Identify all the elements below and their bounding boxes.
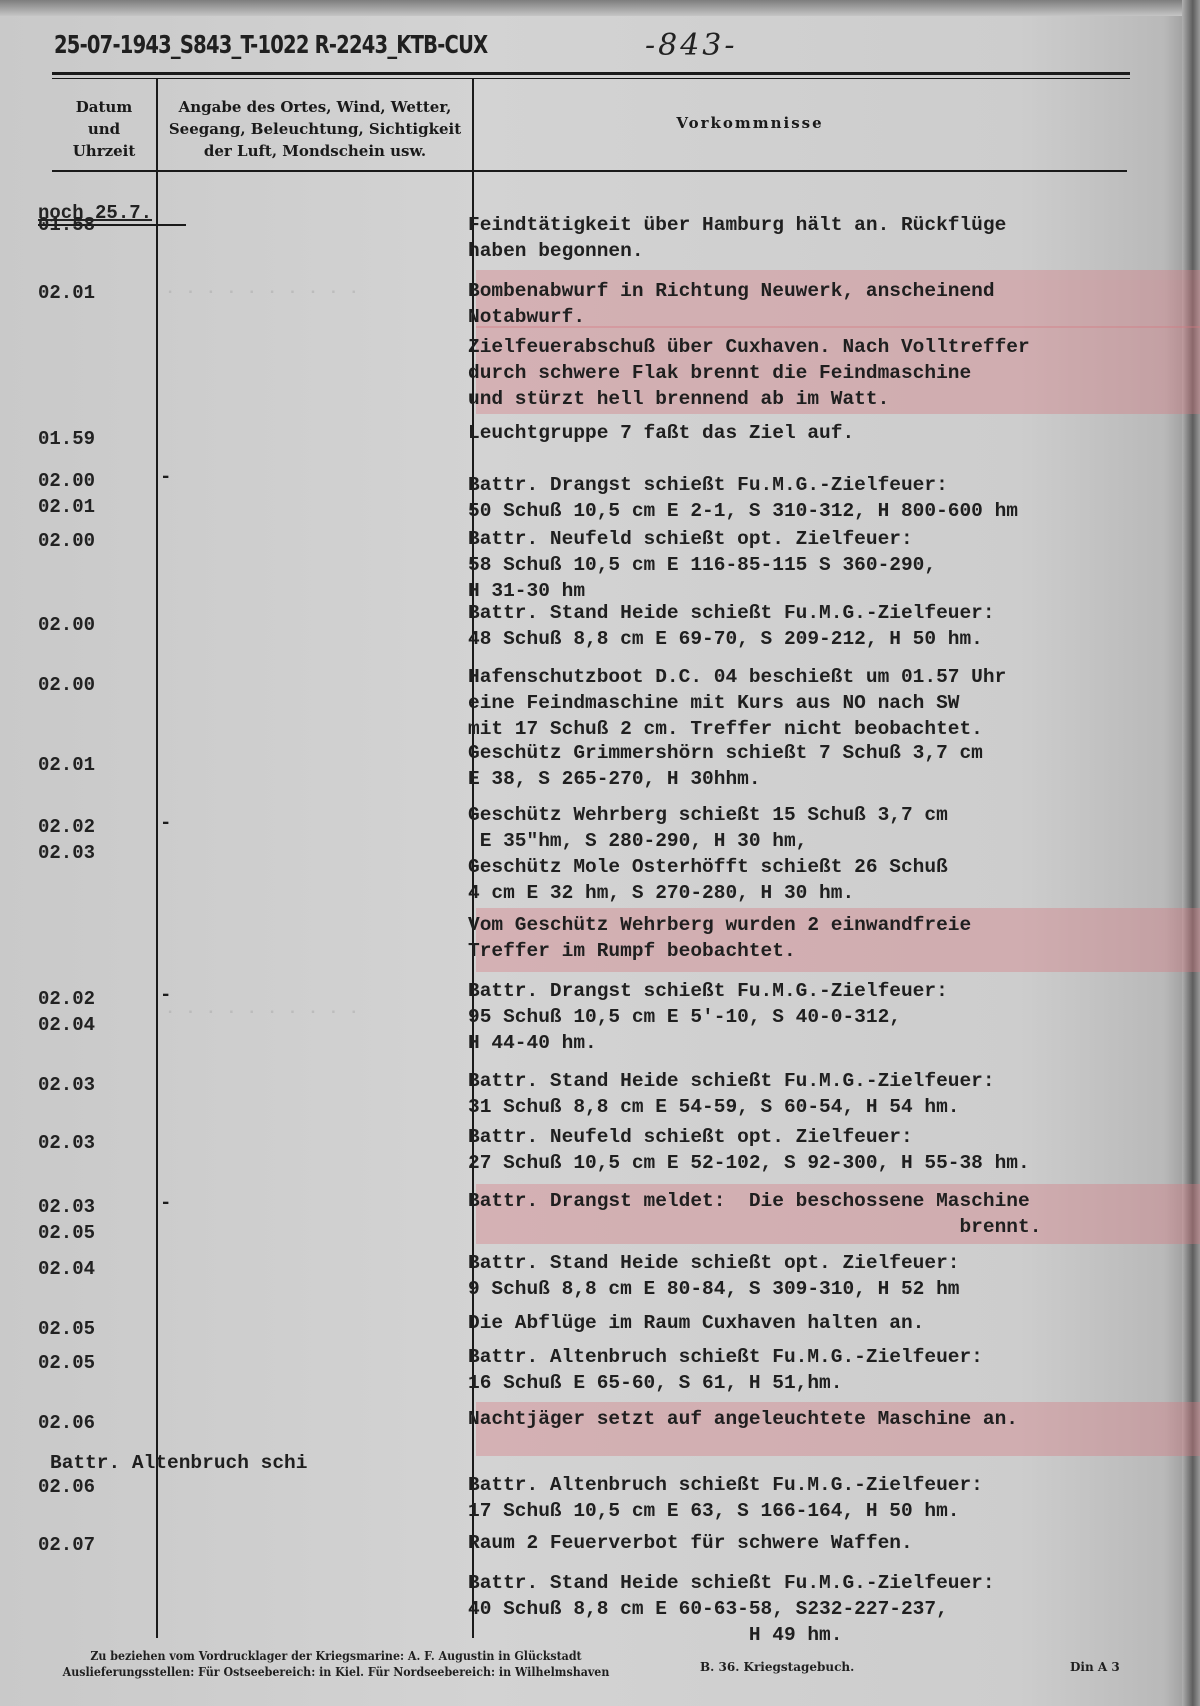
section-date: noch 25.7. [38,200,152,226]
entry-line: Nachtjäger setzt auf angeleuchtete Masch… [468,1406,1018,1432]
entry-time: 02.06 [38,1410,95,1436]
entry-time-value: 02.05 [38,1316,95,1342]
entry-line: 4 cm E 32 hm, S 270-280, H 30 hm. [468,880,948,906]
footer-printer-info: Zu beziehen vom Vordrucklager der Kriegs… [60,1648,612,1680]
entry-line: H 49 hm. [468,1622,995,1648]
entry-text: Hafenschutzboot D.C. 04 beschießt um 01.… [468,664,1006,742]
entry-text: Battr. Stand Heide schießt Fu.M.G.-Zielf… [468,1068,995,1120]
entry-time-value: 02.03 [38,1194,95,1220]
entry-text: Battr. Stand Heide schießt opt. Zielfeue… [468,1250,959,1302]
header-top-rule [52,72,1130,75]
header-location-line: Angabe des Ortes, Wind, Wetter, [160,96,470,118]
header-datetime-line: Datum [54,96,154,118]
entry-line: Battr. Altenbruch schießt Fu.M.G.-Zielfe… [468,1344,983,1370]
entry-time: 02.0202.03 [38,814,95,866]
entry-text: Nachtjäger setzt auf angeleuchtete Masch… [468,1406,1018,1432]
entry-time-value: 02.05 [38,1350,95,1376]
entry-time: 02.0202.04 [38,986,95,1038]
entry-line: E 35"hm, S 280-290, H 30 hm, [468,828,948,854]
entry-time: 02.0002.01 [38,468,95,520]
footer-form-id: B. 36. Kriegstagebuch. [700,1660,854,1674]
entry-line: Treffer im Rumpf beobachtet. [468,938,971,964]
entry-time: 02.05 [38,1316,95,1342]
entry-line: Hafenschutzboot D.C. 04 beschießt um 01.… [468,664,1006,690]
entry-time: 02.0302.05 [38,1194,95,1246]
entry-line: Raum 2 Feuerverbot für schwere Waffen. [468,1530,913,1556]
entry-time-value: 02.03 [38,1130,95,1156]
entry-text: Feindtätigkeit über Hamburg hält an. Rüc… [468,212,1006,264]
file-label: 25-07-1943_S843_T-1022 R-2243_KTB-CUX [54,30,487,59]
entry-time: 02.00 [38,672,95,698]
entry-time-value: 02.04 [38,1012,95,1038]
entry-time-value: 02.06 [38,1410,95,1436]
entry-text: Battr. Neufeld schießt opt. Zielfeuer:58… [468,526,936,604]
header-top-rule-thin [52,78,1130,79]
entry-line: mit 17 Schuß 2 cm. Treffer nicht beobach… [468,716,1006,742]
entry-line: Battr. Stand Heide schießt opt. Zielfeue… [468,1250,959,1276]
header-location-line: der Luft, Mondschein usw. [160,140,470,162]
entry-time-value: 02.00 [38,672,95,698]
entry-line: Feindtätigkeit über Hamburg hält an. Rüc… [468,212,1006,238]
entry-time: 01.59 [38,426,95,452]
entry-text: Geschütz Grimmershörn schießt 7 Schuß 3,… [468,740,983,792]
entry-line: E 38, S 265-270, H 30hhm. [468,766,983,792]
entry-text: Die Abflüge im Raum Cuxhaven halten an. [468,1310,924,1336]
entry-line: und stürzt hell brennend ab im Watt. [468,386,1030,412]
entry-time-value: 02.05 [38,1220,95,1246]
entry-text: Battr. Drangst meldet: Die beschossene M… [468,1188,1041,1240]
entry-line: 17 Schuß 10,5 cm E 63, S 166-164, H 50 h… [468,1498,983,1524]
entry-time-value: 02.01 [38,494,95,520]
entry-line: Battr. Neufeld schießt opt. Zielfeuer: [468,1124,1030,1150]
entry-line: 48 Schuß 8,8 cm E 69-70, S 209-212, H 50… [468,626,995,652]
entry-text: Raum 2 Feuerverbot für schwere Waffen. [468,1530,913,1556]
entry-line: 31 Schuß 8,8 cm E 54-59, S 60-54, H 54 h… [468,1094,995,1120]
entry-line: Battr. Drangst meldet: Die beschossene M… [468,1188,1041,1214]
entry-text: Battr. Altenbruch schießt Fu.M.G.-Zielfe… [468,1472,983,1524]
entry-line: 50 Schuß 10,5 cm E 2-1, S 310-312, H 800… [468,498,1018,524]
entry-text: Zielfeuerabschuß über Cuxhaven. Nach Vol… [468,334,1030,412]
scan-shadow [0,0,1200,16]
entry-line: 95 Schuß 10,5 cm E 5'-10, S 40-0-312, [468,1004,948,1030]
bleed-through-text: . . . . . . . . . . [165,1000,359,1019]
entry-text: Leuchtgruppe 7 faßt das Ziel auf. [468,420,854,446]
entry-time-value: 02.03 [38,840,95,866]
entry-time: 02.07 [38,1532,95,1558]
entry-line: Bombenabwurf in Richtung Neuwerk, ansche… [468,278,995,304]
entry-line: 27 Schuß 10,5 cm E 52-102, S 92-300, H 5… [468,1150,1030,1176]
entry-time: 02.01 [38,280,95,306]
entry-line: 16 Schuß E 65-60, S 61, H 51,hm. [468,1370,983,1396]
location-dash: - [160,466,171,488]
footer-line: Zu beziehen vom Vordrucklager der Kriegs… [60,1648,612,1664]
header-location-line: Seegang, Beleuchtung, Sichtigkeit [160,118,470,140]
entry-time-value: 02.00 [38,528,95,554]
entry-line: Battr. Stand Heide schießt Fu.M.G.-Zielf… [468,1068,995,1094]
location-dash: - [160,1192,171,1214]
entry-line: Battr. Stand Heide schießt Fu.M.G.-Zielf… [468,600,995,626]
entry-time-value: 02.07 [38,1532,95,1558]
entry-line: Geschütz Mole Osterhöfft schießt 26 Schu… [468,854,948,880]
entry-line: Battr. Altenbruch schießt Fu.M.G.-Zielfe… [468,1472,983,1498]
header-datetime-line: Uhrzeit [54,140,154,162]
entry-time: 02.01 [38,752,95,778]
entry-text: Battr. Stand Heide schießt Fu.M.G.-Zielf… [468,600,995,652]
entry-time-value: 02.06 [38,1474,95,1500]
entry-time: 02.06 [38,1474,95,1500]
entry-line: Battr. Drangst schießt Fu.M.G.-Zielfeuer… [468,978,948,1004]
entry-line: haben begonnen. [468,238,1006,264]
entry-time-value: 02.01 [38,752,95,778]
entry-line: eine Feindmaschine mit Kurs aus NO nach … [468,690,1006,716]
header-datetime: Datum und Uhrzeit [54,96,154,162]
entry-line: Battr. Stand Heide schießt Fu.M.G.-Zielf… [468,1570,995,1596]
entry-time-value: 02.01 [38,280,95,306]
entry-line: durch schwere Flak brennt die Feindmasch… [468,360,1030,386]
entry-line: 58 Schuß 10,5 cm E 116-85-115 S 360-290, [468,552,936,578]
stray-typed-line: Battr. Altenbruch schi [50,1452,307,1474]
footer-paper-size: Din A 3 [1070,1660,1120,1674]
entry-text: Battr. Neufeld schießt opt. Zielfeuer:27… [468,1124,1030,1176]
kriegstagebuch-page: 25-07-1943_S843_T-1022 R-2243_KTB-CUX -8… [0,0,1200,1706]
entry-text: Vom Geschütz Wehrberg wurden 2 einwandfr… [468,912,971,964]
bleed-through-text: . . . . . . . . . . [165,280,359,299]
entry-text: Battr. Altenbruch schießt Fu.M.G.-Zielfe… [468,1344,983,1396]
entry-time-value: 01.59 [38,426,95,452]
entry-time-value: 02.00 [38,612,95,638]
location-dash: - [160,812,171,834]
entry-time: 02.00 [38,528,95,554]
location-dash: - [160,984,171,1006]
entry-line: 40 Schuß 8,8 cm E 60-63-58, S232-227-237… [468,1596,995,1622]
entry-time-value: 02.03 [38,1072,95,1098]
entry-line: 9 Schuß 8,8 cm E 80-84, S 309-310, H 52 … [468,1276,959,1302]
entry-time-value: 02.02 [38,986,95,1012]
entry-line: Die Abflüge im Raum Cuxhaven halten an. [468,1310,924,1336]
entry-text: Geschütz Wehrberg schießt 15 Schuß 3,7 c… [468,802,948,906]
entry-line: Zielfeuerabschuß über Cuxhaven. Nach Vol… [468,334,1030,360]
entry-time: 02.04 [38,1256,95,1282]
entry-time: 02.03 [38,1130,95,1156]
entry-line: Vom Geschütz Wehrberg wurden 2 einwandfr… [468,912,971,938]
handwritten-page-number: -843- [645,28,738,63]
entry-time: 02.03 [38,1072,95,1098]
entry-line: Battr. Neufeld schießt opt. Zielfeuer: [468,526,936,552]
entry-text: Battr. Drangst schießt Fu.M.G.-Zielfeuer… [468,978,948,1056]
entry-line: H 44-40 hm. [468,1030,948,1056]
entry-time-value: 02.00 [38,468,95,494]
header-bottom-rule [52,170,1127,172]
entry-time-value: 02.04 [38,1256,95,1282]
column-divider-1 [156,78,158,1638]
header-events: Vorkommnisse [600,112,900,134]
entry-time: 02.00 [38,612,95,638]
entry-line: Geschütz Grimmershörn schießt 7 Schuß 3,… [468,740,983,766]
entry-line: Leuchtgruppe 7 faßt das Ziel auf. [468,420,854,446]
footer-line: Auslieferungsstellen: Für Ostseebereich:… [60,1664,612,1680]
entry-time-value: 02.02 [38,814,95,840]
entry-line: Geschütz Wehrberg schießt 15 Schuß 3,7 c… [468,802,948,828]
entry-line: brennt. [468,1214,1041,1240]
entry-text: Battr. Stand Heide schießt Fu.M.G.-Zielf… [468,1570,995,1648]
header-datetime-line: und [54,118,154,140]
header-location-weather: Angabe des Ortes, Wind, Wetter, Seegang,… [160,96,470,162]
entry-time: 02.05 [38,1350,95,1376]
entry-line: Battr. Drangst schießt Fu.M.G.-Zielfeuer… [468,472,1018,498]
entry-text: Battr. Drangst schießt Fu.M.G.-Zielfeuer… [468,472,1018,524]
entry-text: Bombenabwurf in Richtung Neuwerk, ansche… [468,278,995,330]
